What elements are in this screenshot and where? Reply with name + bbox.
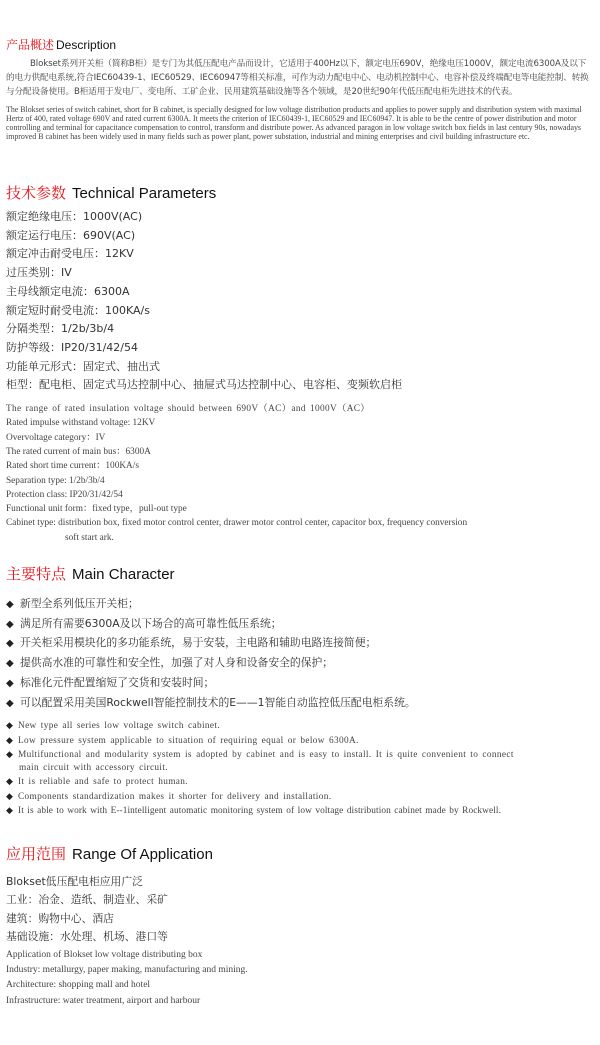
feature-cn-text: 满足所有需要6300A及以下场合的高可靠性低压系统；	[20, 617, 282, 630]
application-line-cn: 基础设施：水处理、机场、港口等	[6, 928, 594, 946]
diamond-bullet-icon: ◆	[6, 748, 15, 761]
technical-heading: 技术参数Technical Parameters	[6, 186, 594, 201]
main-character-heading: 主要特点Main Character	[6, 567, 594, 582]
feature-en: ◆Components standardization makes it sho…	[6, 790, 594, 804]
param-cn: 柜型：配电柜、固定式马达控制中心、抽屉式马达控制中心、电容柜、变频软启柜	[6, 376, 594, 395]
application-line-en: Architecture: shopping mall and hotel	[6, 978, 594, 993]
diamond-bullet-icon: ◆	[6, 695, 17, 714]
description-heading-en: Description	[56, 38, 116, 52]
feature-cn-text: 新型全系列低压开关柜；	[20, 597, 139, 610]
technical-section: 技术参数Technical Parameters 额定绝缘电压：1000V(AC…	[6, 186, 594, 545]
feature-en: ◆Low pressure system applicable to situa…	[6, 734, 594, 748]
diamond-bullet-icon: ◆	[6, 635, 17, 654]
features-en: ◆New type all series low voltage switch …	[6, 719, 594, 818]
param-en: The rated current of main bus：6300A	[6, 445, 594, 459]
diamond-bullet-icon: ◆	[6, 775, 15, 788]
main-character-heading-cn: 主要特点	[6, 565, 66, 583]
application-line-cn: 工业：冶金、造纸、制造业、采矿	[6, 891, 594, 909]
application-heading-cn: 应用范围	[6, 845, 66, 863]
application-line-en: Industry: metallurgy, paper making, manu…	[6, 963, 594, 978]
feature-en: ◆It is reliable and safe to protect huma…	[6, 775, 594, 789]
param-en: The range of rated insulation voltage sh…	[6, 402, 594, 416]
feature-en-continuation: main circuit with accessory circuit.	[6, 762, 594, 775]
param-cn: 过压类别：IV	[6, 264, 594, 283]
diamond-bullet-icon: ◆	[6, 675, 17, 694]
application-lines-en: Application of Blokset low voltage distr…	[6, 948, 594, 1009]
technical-params-en: The range of rated insulation voltage sh…	[6, 402, 594, 545]
application-heading: 应用范围Range Of Application	[6, 847, 594, 862]
param-en: Rated short time current：100KA/s	[6, 459, 594, 473]
feature-en-text: New type all series low voltage switch c…	[18, 721, 220, 731]
description-section: 产品概述Description Blokset系列开关柜（简称B柜）是专门为其低…	[6, 39, 594, 141]
application-line-en: Application of Blokset low voltage distr…	[6, 948, 594, 963]
feature-cn-text: 标准化元件配置缩短了交货和安装时间；	[20, 676, 214, 689]
feature-cn-text: 开关柜采用模块化的多功能系统，易于安装，主电路和辅助电路连接简便；	[20, 636, 376, 649]
diamond-bullet-icon: ◆	[6, 616, 17, 635]
param-en: Rated impulse withstand voltage: 12KV	[6, 416, 594, 430]
feature-cn: ◆新型全系列低压开关柜；	[6, 595, 594, 615]
feature-en-text: Multifunctional and modularity system is…	[18, 750, 514, 760]
application-line-en: Infrastructure: water treatment, airport…	[6, 994, 594, 1009]
feature-en: ◆New type all series low voltage switch …	[6, 719, 594, 733]
param-en: Cabinet type: distribution box, fixed mo…	[6, 516, 594, 530]
diamond-bullet-icon: ◆	[6, 790, 15, 803]
diamond-bullet-icon: ◆	[6, 804, 15, 817]
diamond-bullet-icon: ◆	[6, 655, 17, 674]
feature-cn: ◆满足所有需要6300A及以下场合的高可靠性低压系统；	[6, 615, 594, 635]
param-en: Overvoltage category：IV	[6, 431, 594, 445]
param-cn: 额定短时耐受电流：100KA/s	[6, 302, 594, 321]
feature-en-text: Low pressure system applicable to situat…	[18, 736, 359, 746]
application-line-cn: Blokset低压配电柜应用广泛	[6, 873, 594, 891]
application-lines-cn: Blokset低压配电柜应用广泛 工业：冶金、造纸、制造业、采矿 建筑：购物中心…	[6, 873, 594, 947]
param-cn: 额定运行电压：690V(AC)	[6, 227, 594, 246]
param-cn: 主母线额定电流：6300A	[6, 283, 594, 302]
param-cn: 分隔类型：1/2b/3b/4	[6, 320, 594, 339]
feature-en: ◆It is able to work with E--1intelligent…	[6, 804, 594, 818]
feature-en-text: It is reliable and safe to protect human…	[18, 777, 188, 787]
param-en: Functional unit form：fixed type，pull-out…	[6, 502, 594, 516]
main-character-section: 主要特点Main Character ◆新型全系列低压开关柜； ◆满足所有需要6…	[6, 567, 594, 818]
param-cn: 功能单元形式：固定式、抽出式	[6, 358, 594, 377]
feature-cn-text: 提供高水准的可靠性和安全性，加强了对人身和设备安全的保护；	[20, 656, 333, 669]
feature-cn: ◆开关柜采用模块化的多功能系统，易于安装，主电路和辅助电路连接简便；	[6, 634, 594, 654]
diamond-bullet-icon: ◆	[6, 719, 15, 732]
technical-params-cn: 额定绝缘电压：1000V(AC) 额定运行电压：690V(AC) 额定冲击耐受电…	[6, 208, 594, 395]
feature-en-text: It is able to work with E--1intelligent …	[18, 806, 501, 816]
feature-cn: ◆提供高水准的可靠性和安全性，加强了对人身和设备安全的保护；	[6, 654, 594, 674]
application-section: 应用范围Range Of Application Blokset低压配电柜应用广…	[6, 847, 594, 1009]
diamond-bullet-icon: ◆	[6, 596, 17, 615]
diamond-bullet-icon: ◆	[6, 734, 15, 747]
description-heading: 产品概述Description	[6, 39, 594, 51]
feature-cn-text: 可以配置采用美国Rockwell智能控制技术的E——1智能自动监控低压配电柜系统…	[20, 696, 416, 709]
technical-heading-en: Technical Parameters	[72, 185, 216, 202]
param-en-continuation: soft start ark.	[6, 531, 594, 545]
param-cn: 额定冲击耐受电压：12KV	[6, 245, 594, 264]
features-cn: ◆新型全系列低压开关柜； ◆满足所有需要6300A及以下场合的高可靠性低压系统；…	[6, 595, 594, 713]
param-en: Separation type: 1/2b/3b/4	[6, 474, 594, 488]
application-heading-en: Range Of Application	[72, 846, 213, 863]
feature-cn: ◆可以配置采用美国Rockwell智能控制技术的E——1智能自动监控低压配电柜系…	[6, 694, 594, 714]
param-cn: 防护等级：IP20/31/42/54	[6, 339, 594, 358]
param-cn: 额定绝缘电压：1000V(AC)	[6, 208, 594, 227]
description-heading-cn: 产品概述	[6, 38, 54, 52]
description-paragraph-cn: Blokset系列开关柜（简称B柜）是专门为其低压配电产品而设计，它适用于400…	[6, 57, 594, 99]
feature-cn: ◆标准化元件配置缩短了交货和安装时间；	[6, 674, 594, 694]
application-line-cn: 建筑：购物中心、酒店	[6, 910, 594, 928]
description-paragraph-en: The Blokset series of switch cabinet, sh…	[6, 105, 594, 141]
main-character-heading-en: Main Character	[72, 566, 175, 583]
technical-heading-cn: 技术参数	[6, 184, 66, 202]
feature-en: ◆Multifunctional and modularity system i…	[6, 748, 594, 762]
feature-en-text: Components standardization makes it shor…	[18, 792, 331, 802]
param-en: Protection class: IP20/31/42/54	[6, 488, 594, 502]
